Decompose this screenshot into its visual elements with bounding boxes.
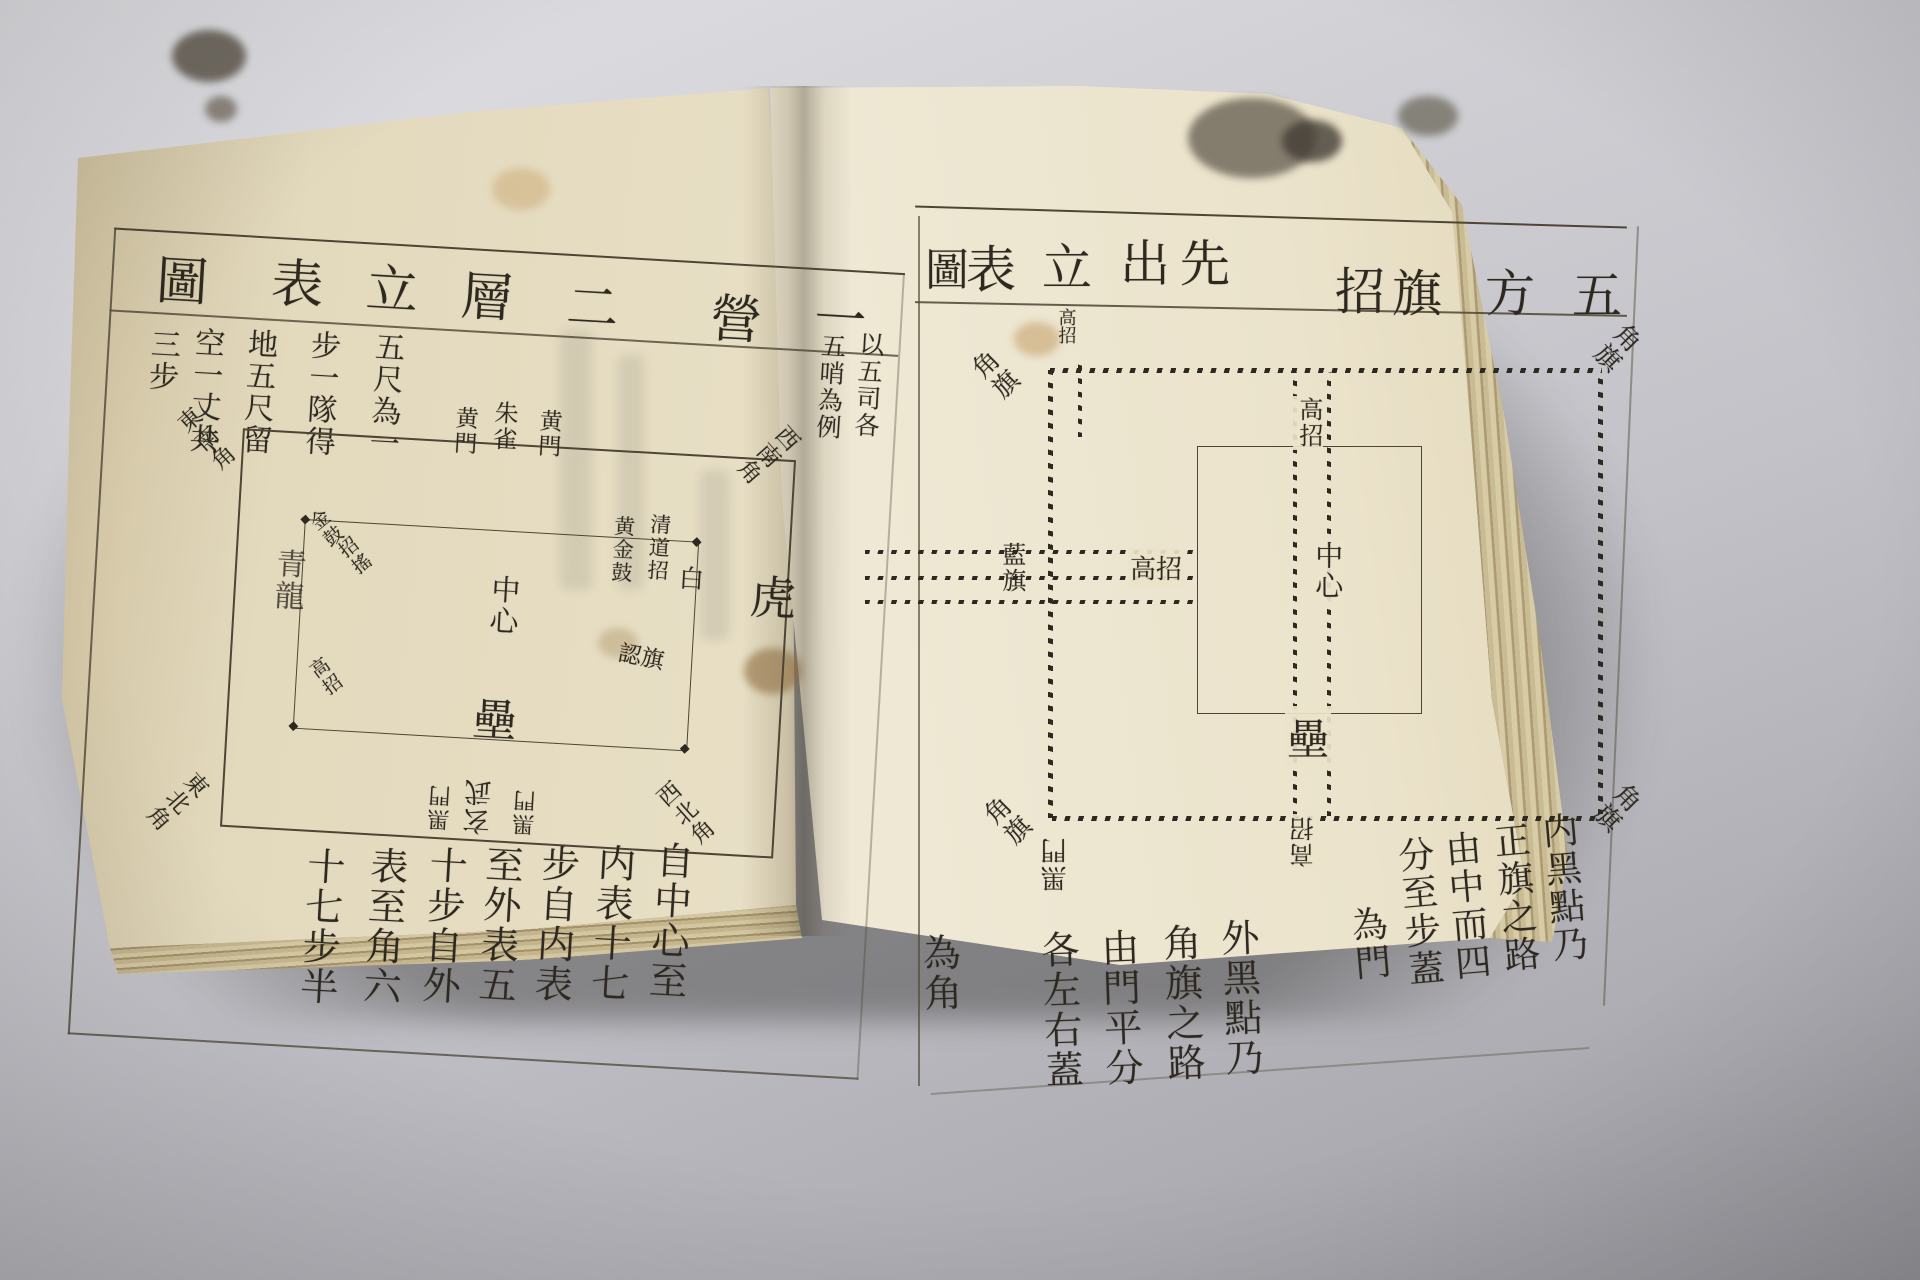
- gate-label-bottom: 黑門: [428, 783, 454, 832]
- center-below-label: 壘: [1285, 706, 1331, 768]
- caption-column: 由門平分: [1095, 927, 1142, 1088]
- caption-column: 各左右蓋: [1035, 929, 1082, 1090]
- right-title-char: 先: [1180, 224, 1230, 296]
- left-title-char: 圖: [154, 238, 210, 316]
- caption-column: 十七步半: [294, 845, 344, 1007]
- high-signal-flag-label: 高招: [1290, 814, 1320, 868]
- gate-label: 黑門: [1042, 836, 1070, 892]
- right-title-char: 圖: [925, 234, 969, 298]
- corner-label: 東北角: [140, 765, 213, 833]
- photo-of-open-book: 圖 表 立 層 二 營 一 五尺為一 步一隊得 地五尺留 空一丈共 三步 以五司…: [0, 0, 1920, 1280]
- right-title-char: 旗: [1392, 254, 1442, 326]
- dotted-square-top-edge: [1050, 368, 1602, 373]
- corner-flag-label: 角旗: [964, 346, 1023, 405]
- caption-column: 角旗之路: [1157, 922, 1204, 1083]
- paper-stain: [492, 168, 550, 210]
- right-frame-top-line: [915, 205, 1627, 228]
- center-below-label: 壘: [471, 683, 519, 749]
- caption-column: 步自内表: [528, 843, 578, 1005]
- right-page-content: 圖 表 立 出 先 招 旗 方 五 角旗 角旗 角旗 角旗 高招 高招 高招 藍…: [790, 130, 1670, 1130]
- caption-column: 由中而四: [1438, 829, 1490, 984]
- flag-label-azure-dragon: 青龍: [268, 547, 304, 613]
- high-signal-flag-label: 高招: [1056, 308, 1075, 344]
- dotted-square-left-edge: [1048, 370, 1053, 818]
- caption-column: 外黑點乃: [1215, 917, 1262, 1078]
- caption-column: 分至步蓋: [1391, 835, 1443, 990]
- ink-stain: [172, 30, 246, 82]
- flag-cluster-label: 清道招: [645, 513, 672, 583]
- right-title-char: 立: [1042, 228, 1092, 300]
- gate-label-bottom: 黑門: [513, 788, 539, 837]
- right-title-char: 方: [1485, 254, 1535, 326]
- flag-label-white: 白: [678, 559, 705, 596]
- right-title-char: 五: [1572, 256, 1622, 328]
- caption-column: 自中心至: [643, 840, 693, 1002]
- right-title-char: 招: [1335, 252, 1385, 324]
- caption-column: 内表十七: [584, 842, 634, 1004]
- left-title-char: 立: [364, 246, 420, 324]
- high-signal-flag-label: 高招: [1128, 548, 1184, 587]
- caption-column: 至外表五: [472, 844, 522, 1006]
- flag-cluster-label: 黄金鼓: [609, 515, 636, 585]
- gate-label-bottom: 玄武: [464, 777, 496, 837]
- dotted-path-stub: [1078, 362, 1082, 437]
- left-title-char: 表: [269, 241, 325, 319]
- dotted-square-right-edge: [1598, 372, 1603, 814]
- left-title-char: 層: [459, 254, 515, 332]
- annotation-column: 三步: [143, 328, 179, 394]
- corner-flag-label: 角旗: [1586, 776, 1645, 835]
- left-title-char: 營: [708, 276, 764, 354]
- caption-column: 表至角六: [357, 845, 407, 1007]
- caption-column: 為門: [1345, 904, 1390, 983]
- left-title-char: 二: [565, 264, 621, 342]
- caption-column: 十步自外: [416, 844, 466, 1006]
- gate-label-top: 黄門: [534, 408, 562, 459]
- left-frame-bottom-line: [68, 1032, 859, 1080]
- right-title-char: 出: [1120, 224, 1170, 296]
- caption-column: 内黑點乃: [1535, 811, 1587, 966]
- caption-column: 正旗之路: [1487, 821, 1539, 976]
- center-label: 中心: [1310, 540, 1344, 602]
- blue-flag-label: 藍旗: [998, 542, 1024, 594]
- ink-stain: [205, 96, 237, 122]
- gate-label-top: 黄門: [450, 405, 478, 456]
- gate-label-top: 朱雀: [488, 400, 517, 453]
- high-signal-flag-label: 高招: [1293, 396, 1323, 450]
- center-label: 中心: [485, 574, 520, 638]
- dotted-path-horizontal: [865, 600, 1197, 604]
- caption-column: 為角: [917, 932, 961, 1013]
- right-title-char: 表: [966, 230, 1016, 302]
- corner-flag-label: 角旗: [976, 792, 1035, 851]
